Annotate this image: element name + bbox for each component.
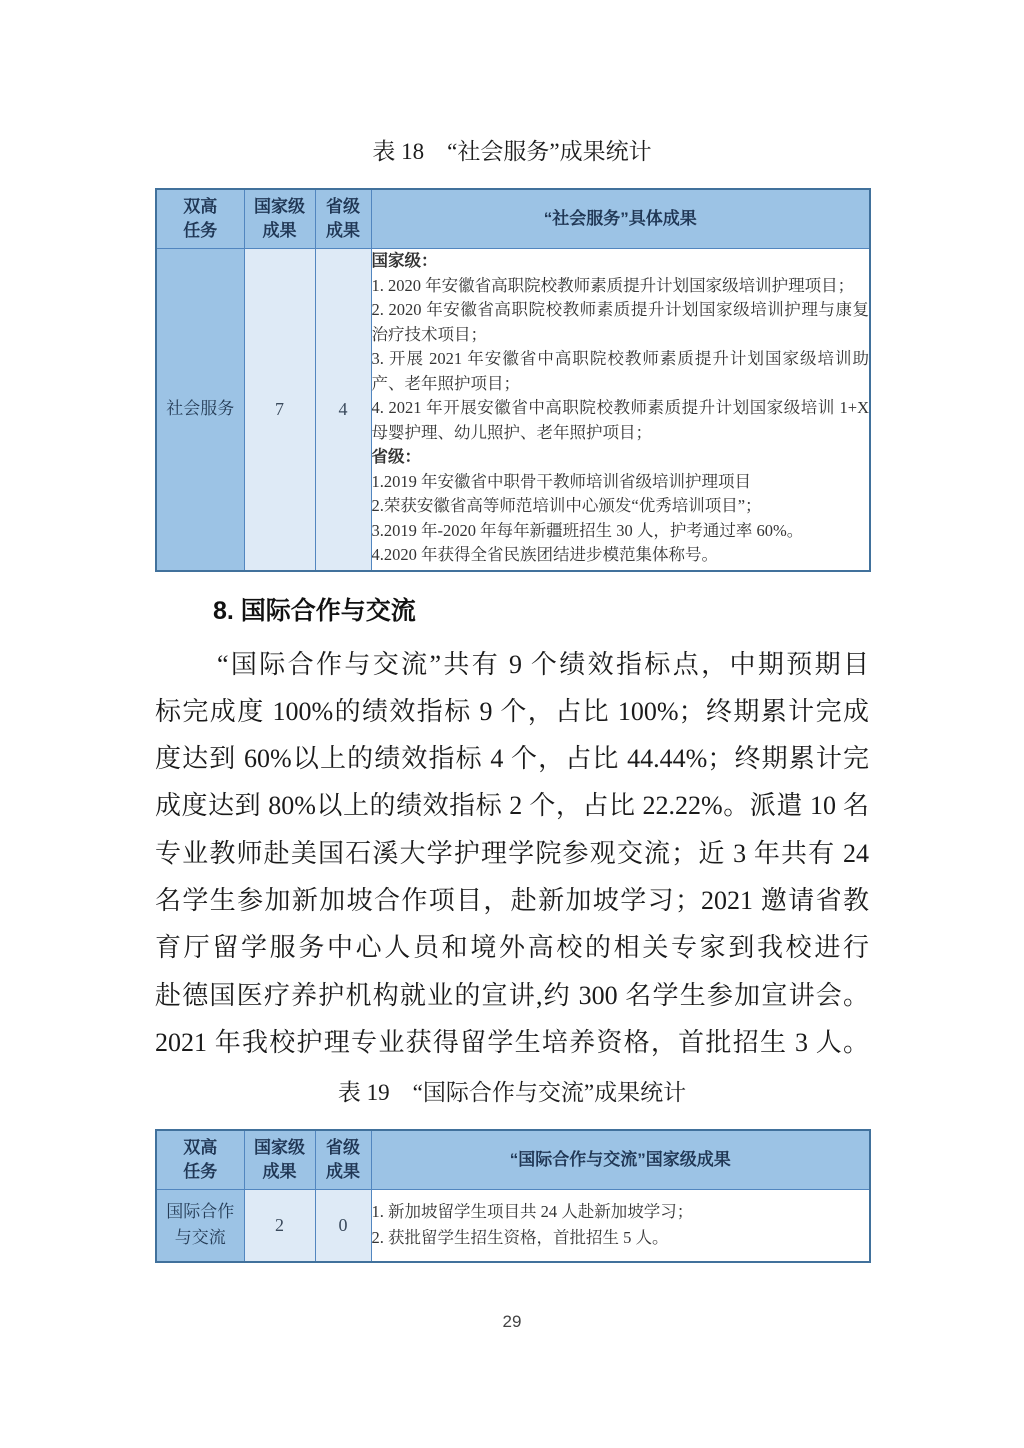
table18-details-cell: 国家级： 1. 2020 年安徽省高职院校教师素质提升计划国家级培训护理项目； … [371,249,870,571]
intl-item-1: 1. 新加坡留学生项目共 24 人赴新加坡学习； [372,1199,870,1225]
provincial-item-3: 3.2019 年-2020 年每年新疆班招生 30 人，护考通过率 60%。 [372,519,870,544]
table19-task-cell: 国际合作 与交流 [156,1190,244,1262]
table18: 双高 任务 国家级 成果 省级 成果 “社会服务”具体成果 社会服 [155,188,871,572]
task-line1: 国际合作 [157,1199,244,1225]
header-national-line1: 国家级 [245,1136,315,1160]
table18-header-provincial: 省级 成果 [315,189,371,249]
table18-task-cell: 社会服务 [156,249,244,571]
provincial-item-4: 4.2020 年获得全省民族团结进步模范集体称号。 [372,543,870,568]
provincial-item-1: 1.2019 年安徽省中职骨干教师培训省级培训护理项目 [372,470,870,495]
table19-header-task: 双高 任务 [156,1130,244,1190]
table18-header-details: “社会服务”具体成果 [371,189,870,249]
table19-national-count: 2 [244,1190,315,1262]
paragraph-line: 专业教师赴美国石溪大学护理学院参观交流；近 3 年共有 24 [155,830,869,877]
national-level-label: 国家级： [372,249,870,274]
table18-provincial-count: 4 [315,249,371,571]
section-8-heading: 8. 国际合作与交流 [213,594,869,628]
national-item-3: 3. 开展 2021 年安徽省中高职院校教师素质提升计划国家级培训助产、老年照护… [372,347,870,396]
page-content: 表 18 “社会服务”成果统计 双高 任务 国家级 成果 省级 成果 [155,0,869,1263]
header-task-line1: 双高 [157,195,244,219]
task-line2: 与交流 [157,1225,244,1251]
table19-header-provincial: 省级 成果 [315,1130,371,1190]
table18-data-row: 社会服务 7 4 国家级： 1. 2020 年安徽省高职院校教师素质提升计划国家… [156,249,870,571]
paragraph-line: “国际合作与交流”共有 9 个绩效指标点，中期预期目 [155,641,869,688]
table18-title: 表 18 “社会服务”成果统计 [155,137,869,167]
paragraph-line: 成度达到 80%以上的绩效指标 2 个，占比 22.22%。派遣 10 名 [155,782,869,829]
table18-header-row: 双高 任务 国家级 成果 省级 成果 “社会服务”具体成果 [156,189,870,249]
national-item-2: 2. 2020 年安徽省高职院校教师素质提升计划国家级培训护理与康复治疗技术项目… [372,298,870,347]
page-number: 29 [0,1312,1024,1332]
header-national-line2: 成果 [245,1160,315,1184]
paragraph-line: 赴德国医疗养护机构就业的宣讲,约 300 名学生参加宣讲会。 [155,972,869,1019]
paragraph-line: 标完成度 100%的绩效指标 9 个，占比 100%；终期累计完成 [155,688,869,735]
header-provincial-line1: 省级 [316,195,371,219]
section-8-paragraph: “国际合作与交流”共有 9 个绩效指标点，中期预期目 标完成度 100%的绩效指… [155,641,869,1067]
table19-header-national: 国家级 成果 [244,1130,315,1190]
table19: 双高 任务 国家级 成果 省级 成果 “国际合作与交流”国家级成果 [155,1129,871,1263]
paragraph-line: 度达到 60%以上的绩效指标 4 个，占比 44.44%；终期累计完 [155,735,869,782]
header-task-line1: 双高 [157,1136,244,1160]
header-national-line1: 国家级 [245,195,315,219]
header-task-line2: 任务 [157,219,244,243]
header-task-line2: 任务 [157,1160,244,1184]
table19-header-details: “国际合作与交流”国家级成果 [371,1130,870,1190]
table19-details-cell: 1. 新加坡留学生项目共 24 人赴新加坡学习； 2. 获批留学生招生资格，首批… [371,1190,870,1262]
table19-title: 表 19 “国际合作与交流”成果统计 [155,1078,869,1108]
paragraph-line: 名学生参加新加坡合作项目，赴新加坡学习；2021 邀请省教 [155,877,869,924]
table18-header-task: 双高 任务 [156,189,244,249]
header-provincial-line2: 成果 [316,219,371,243]
header-national-line2: 成果 [245,219,315,243]
table19-provincial-count: 0 [315,1190,371,1262]
provincial-item-2: 2.荣获安徽省高等师范培训中心颁发“优秀培训项目”； [372,494,870,519]
document-page: 表 18 “社会服务”成果统计 双高 任务 国家级 成果 省级 成果 [0,0,1024,1448]
table18-national-count: 7 [244,249,315,571]
national-item-4: 4. 2021 年开展安徽省中高职院校教师素质提升计划国家级培训 1+X 母婴护… [372,396,870,445]
provincial-level-label: 省级： [372,445,870,470]
table18-header-national: 国家级 成果 [244,189,315,249]
table19-data-row: 国际合作 与交流 2 0 1. 新加坡留学生项目共 24 人赴新加坡学习； 2.… [156,1190,870,1262]
header-provincial-line2: 成果 [316,1160,371,1184]
paragraph-line: 2021 年我校护理专业获得留学生培养资格，首批招生 3 人。 [155,1019,869,1066]
table19-header-row: 双高 任务 国家级 成果 省级 成果 “国际合作与交流”国家级成果 [156,1130,870,1190]
paragraph-line: 育厅留学服务中心人员和境外高校的相关专家到我校进行 [155,924,869,971]
intl-item-2: 2. 获批留学生招生资格，首批招生 5 人。 [372,1225,870,1251]
header-provincial-line1: 省级 [316,1136,371,1160]
national-item-1: 1. 2020 年安徽省高职院校教师素质提升计划国家级培训护理项目； [372,274,870,299]
